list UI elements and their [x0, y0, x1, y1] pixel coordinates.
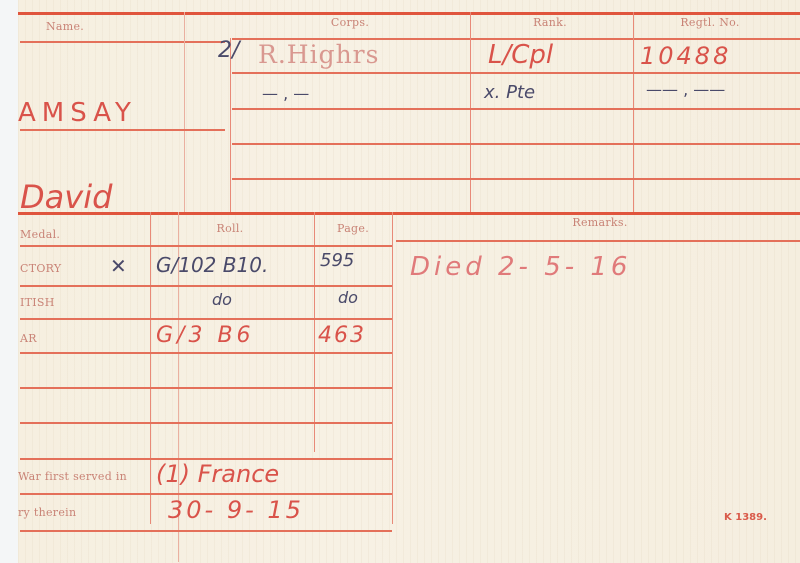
roll-victory: G/102 B10. — [156, 253, 268, 277]
theatre-date-value: 30- 9- 15 — [168, 496, 304, 524]
corps-left-rule — [230, 38, 231, 213]
row-rule-2 — [232, 108, 800, 110]
name-header-rule — [20, 41, 225, 43]
remarks-header-rule — [396, 240, 800, 242]
regt-no-value: 10488 — [640, 42, 731, 70]
issued-mark-icon: ✕ — [110, 254, 127, 278]
middle-rule — [18, 212, 800, 215]
regt-no-ditto: —— , —— — [646, 80, 725, 99]
page-british: do — [338, 288, 358, 307]
rank-value: L/Cpl — [488, 40, 553, 70]
roll-star: G/3 B6 — [156, 323, 255, 348]
top-rule — [18, 12, 800, 15]
row-rule-3 — [232, 143, 800, 145]
remarks-value: Died 2- 5- 16 — [410, 252, 631, 282]
forename-value: David — [20, 178, 112, 216]
rank-secondary-value: x. Pte — [484, 82, 535, 103]
medal-label-british: ITISH — [20, 296, 55, 309]
corps-ditto: — , — — [262, 84, 309, 103]
surname-rule — [20, 129, 225, 131]
corps-value: R.Highrs — [258, 40, 379, 69]
row-rule-4 — [232, 178, 800, 180]
header-medal: Medal. — [20, 228, 60, 241]
medal-row-rule-5 — [20, 422, 392, 424]
battalion-prefix: 2/ — [218, 38, 239, 63]
header-page: Page. — [318, 222, 388, 235]
name-column-rule — [184, 12, 185, 212]
medal-row-rule-4 — [20, 387, 392, 389]
roll-british: do — [212, 290, 232, 309]
form-number: K 1389. — [724, 512, 767, 523]
theatre-value: (1) France — [156, 460, 279, 488]
header-remarks: Remarks. — [500, 216, 700, 229]
bottom-rule — [20, 530, 392, 532]
header-rank: Rank. — [480, 16, 620, 29]
scan-margin — [0, 0, 18, 563]
header-roll: Roll. — [170, 222, 290, 235]
medal-label-victory: CTORY — [20, 262, 61, 275]
header-name: Name. — [20, 20, 110, 33]
page-remarks-rule — [392, 212, 393, 524]
surname-value: AMSAY — [18, 98, 137, 128]
medal-row-rule-1 — [20, 285, 392, 287]
medal-label-star: AR — [20, 332, 37, 345]
regt-left-rule — [633, 12, 634, 212]
theatre-label: War first served in — [18, 470, 127, 483]
row-rule-1 — [232, 72, 800, 74]
header-corps: Corps. — [280, 16, 420, 29]
medal-row-rule-3 — [20, 352, 392, 354]
header-regt-no: Regtl. No. — [640, 16, 780, 29]
medal-row-rule-2 — [20, 318, 392, 320]
page-victory: 595 — [320, 250, 354, 271]
medal-row-rule-0 — [20, 245, 392, 247]
medal-roll-rule — [150, 212, 151, 524]
rank-left-rule — [470, 12, 471, 212]
theatre-rule — [20, 493, 392, 495]
theatre-date-label: ry therein — [18, 506, 76, 519]
page-star: 463 — [318, 323, 366, 348]
roll-page-rule — [314, 212, 315, 452]
